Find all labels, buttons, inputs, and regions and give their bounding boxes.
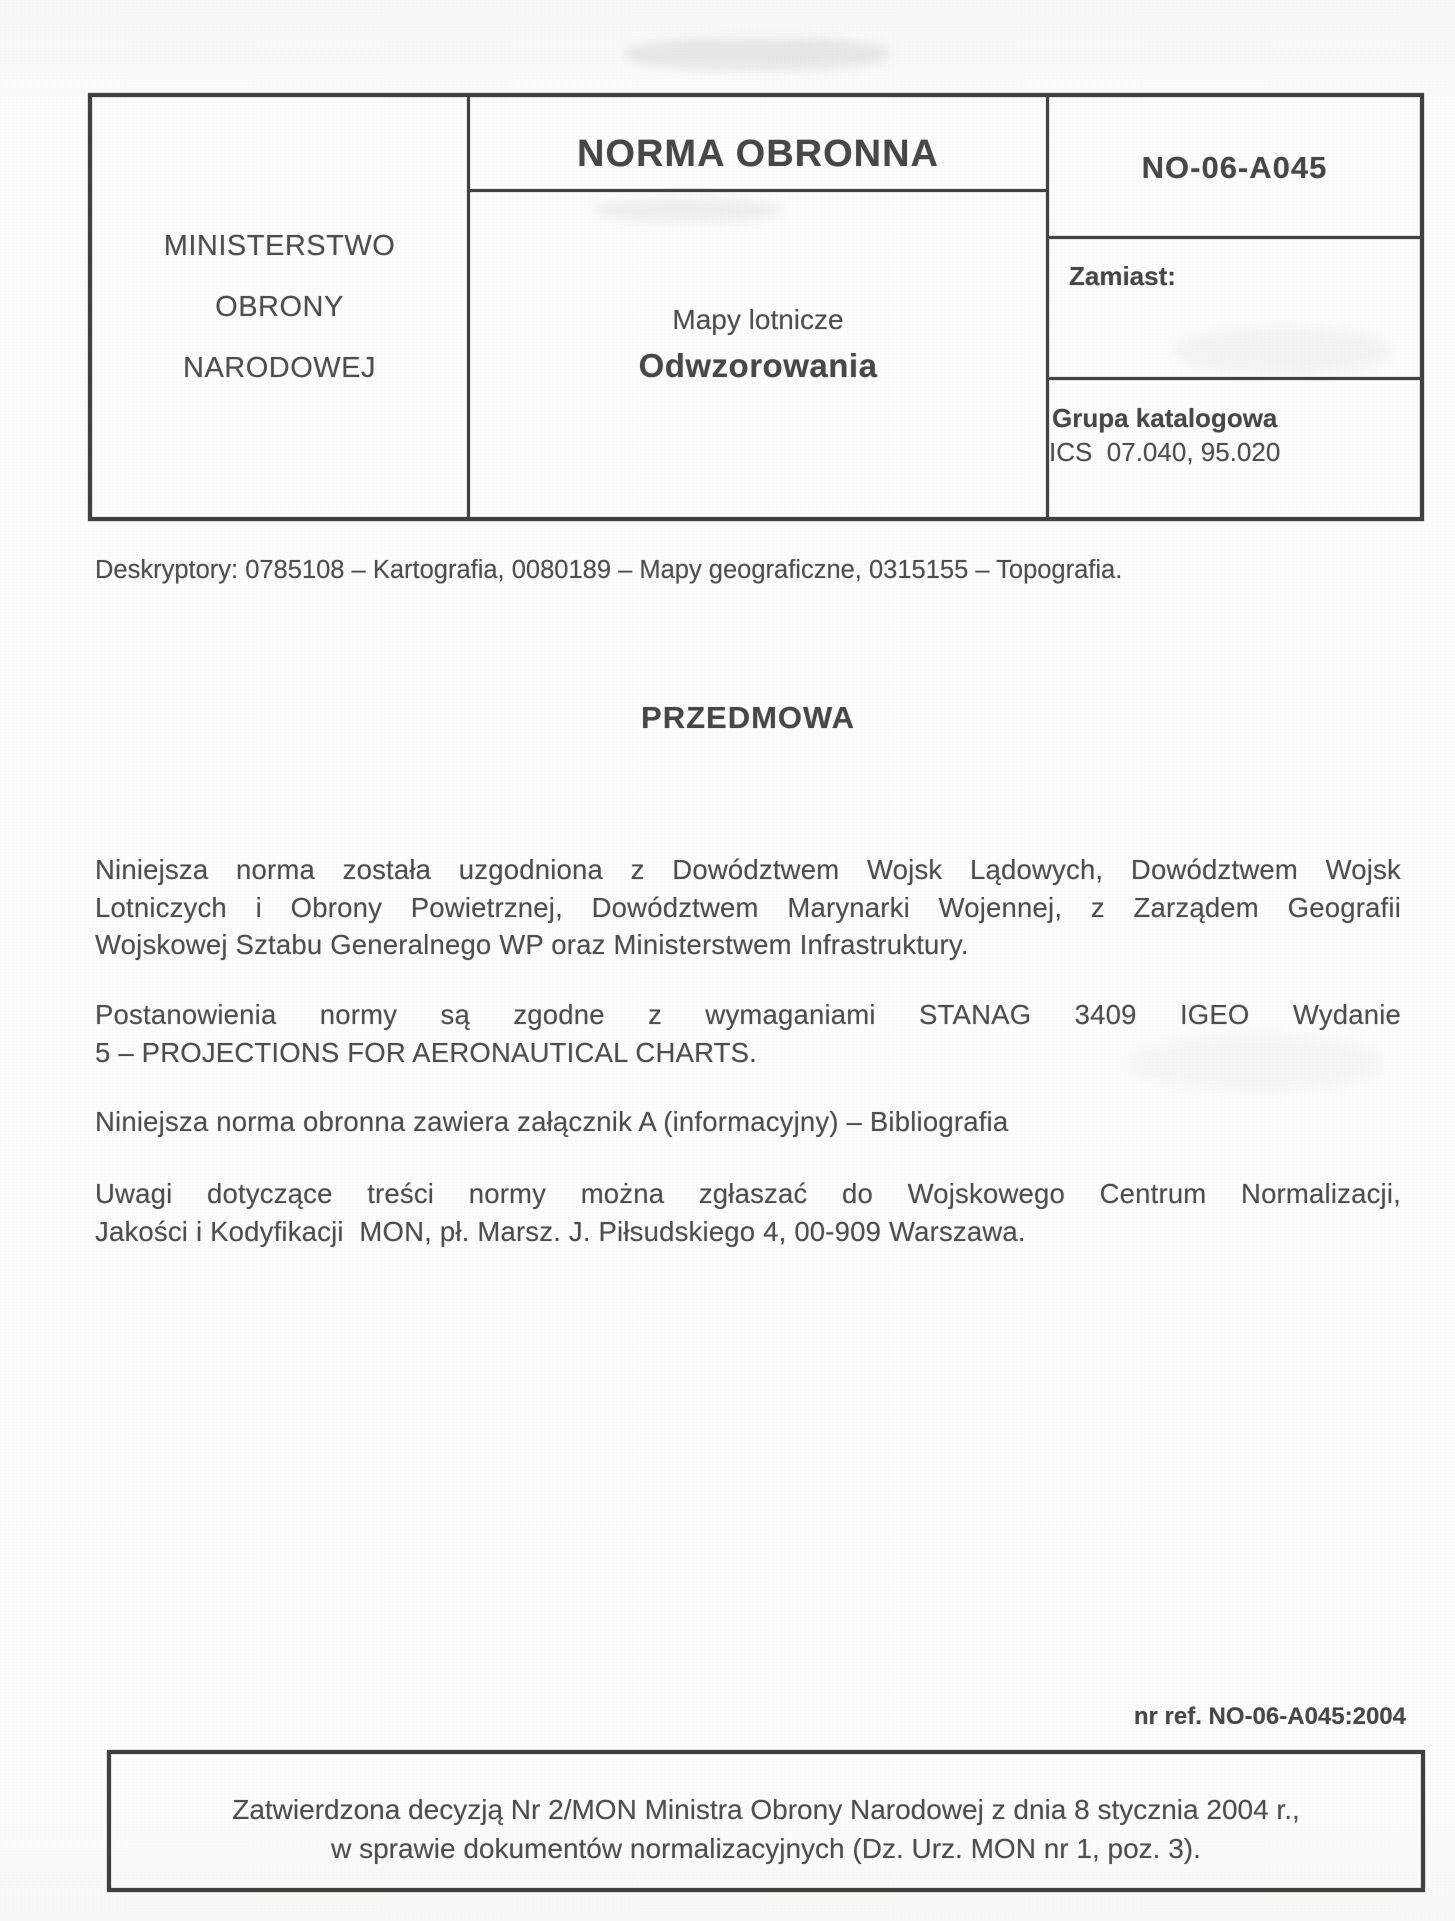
approval-box: Zatwierdzona decyzją Nr 2/MON Ministra O… (107, 1750, 1425, 1892)
paragraph-line: Niniejsza norma została uzgodniona z Dow… (95, 851, 1401, 889)
paragraph-line: Postanowienia normy są zgodne z wymagani… (95, 996, 1401, 1034)
table-divider-under-norma-obronna (470, 189, 1046, 192)
foreword-paragraph-1: Niniejsza norma została uzgodniona z Dow… (95, 851, 1401, 964)
paragraph-line: Jakości i Kodyfikacji MON, pł. Marsz. J.… (95, 1213, 1401, 1251)
catalog-group-ics: ICS 07.040, 95.020 (1049, 437, 1280, 468)
ministry-line-1: MINISTERSTWO (92, 216, 467, 277)
table-divider-under-number (1049, 236, 1420, 239)
foreword-paragraph-4: Uwagi dotyczące treści normy można zgłas… (95, 1175, 1401, 1250)
paragraph-line: 5 – PROJECTIONS FOR AERONAUTICAL CHARTS. (95, 1034, 1401, 1072)
ministry-line-2: OBRONY (92, 277, 467, 338)
ministry-name: MINISTERSTWO OBRONY NARODOWEJ (92, 216, 467, 399)
subject-title: Odwzorowania (470, 347, 1046, 385)
standard-number: NO-06-A045 (1049, 150, 1420, 186)
reference-number: nr ref. NO-06-A045:2004 (1134, 1703, 1406, 1731)
subject-line: Mapy lotnicze (470, 304, 1046, 336)
paragraph-line: Lotniczych i Obrony Powietrznej, Dowództ… (95, 889, 1401, 927)
approval-line-2: w sprawie dokumentów normalizacyjnych (D… (111, 1829, 1421, 1868)
paragraph-line: Uwagi dotyczące treści normy można zgłas… (95, 1175, 1401, 1213)
descriptors-line: Deskryptory: 0785108 – Kartografia, 0080… (95, 556, 1405, 585)
bleed-through-artifact (625, 38, 890, 70)
standard-type-title: NORMA OBRONNA (470, 133, 1046, 176)
foreword-paragraph-3: Niniejsza norma obronna zawiera załączni… (95, 1103, 1401, 1141)
foreword-title: PRZEDMOWA (95, 700, 1401, 736)
approval-text: Zatwierdzona decyzją Nr 2/MON Ministra O… (111, 1754, 1421, 1868)
table-divider-under-zamiast (1049, 377, 1420, 380)
zamiast-label: Zamiast: (1069, 261, 1176, 292)
ministry-line-3: NARODOWEJ (92, 338, 467, 399)
scanned-page: MINISTERSTWO OBRONY NARODOWEJ NORMA OBRO… (0, 0, 1455, 1921)
paragraph-line: Wojskowej Sztabu Generalnego WP oraz Min… (95, 926, 1401, 964)
catalog-group-label: Grupa katalogowa (1052, 403, 1277, 434)
paragraph-line: Niniejsza norma obronna zawiera załączni… (95, 1103, 1401, 1141)
approval-line-1: Zatwierdzona decyzją Nr 2/MON Ministra O… (111, 1790, 1421, 1829)
foreword-paragraph-2: Postanowienia normy są zgodne z wymagani… (95, 996, 1401, 1071)
